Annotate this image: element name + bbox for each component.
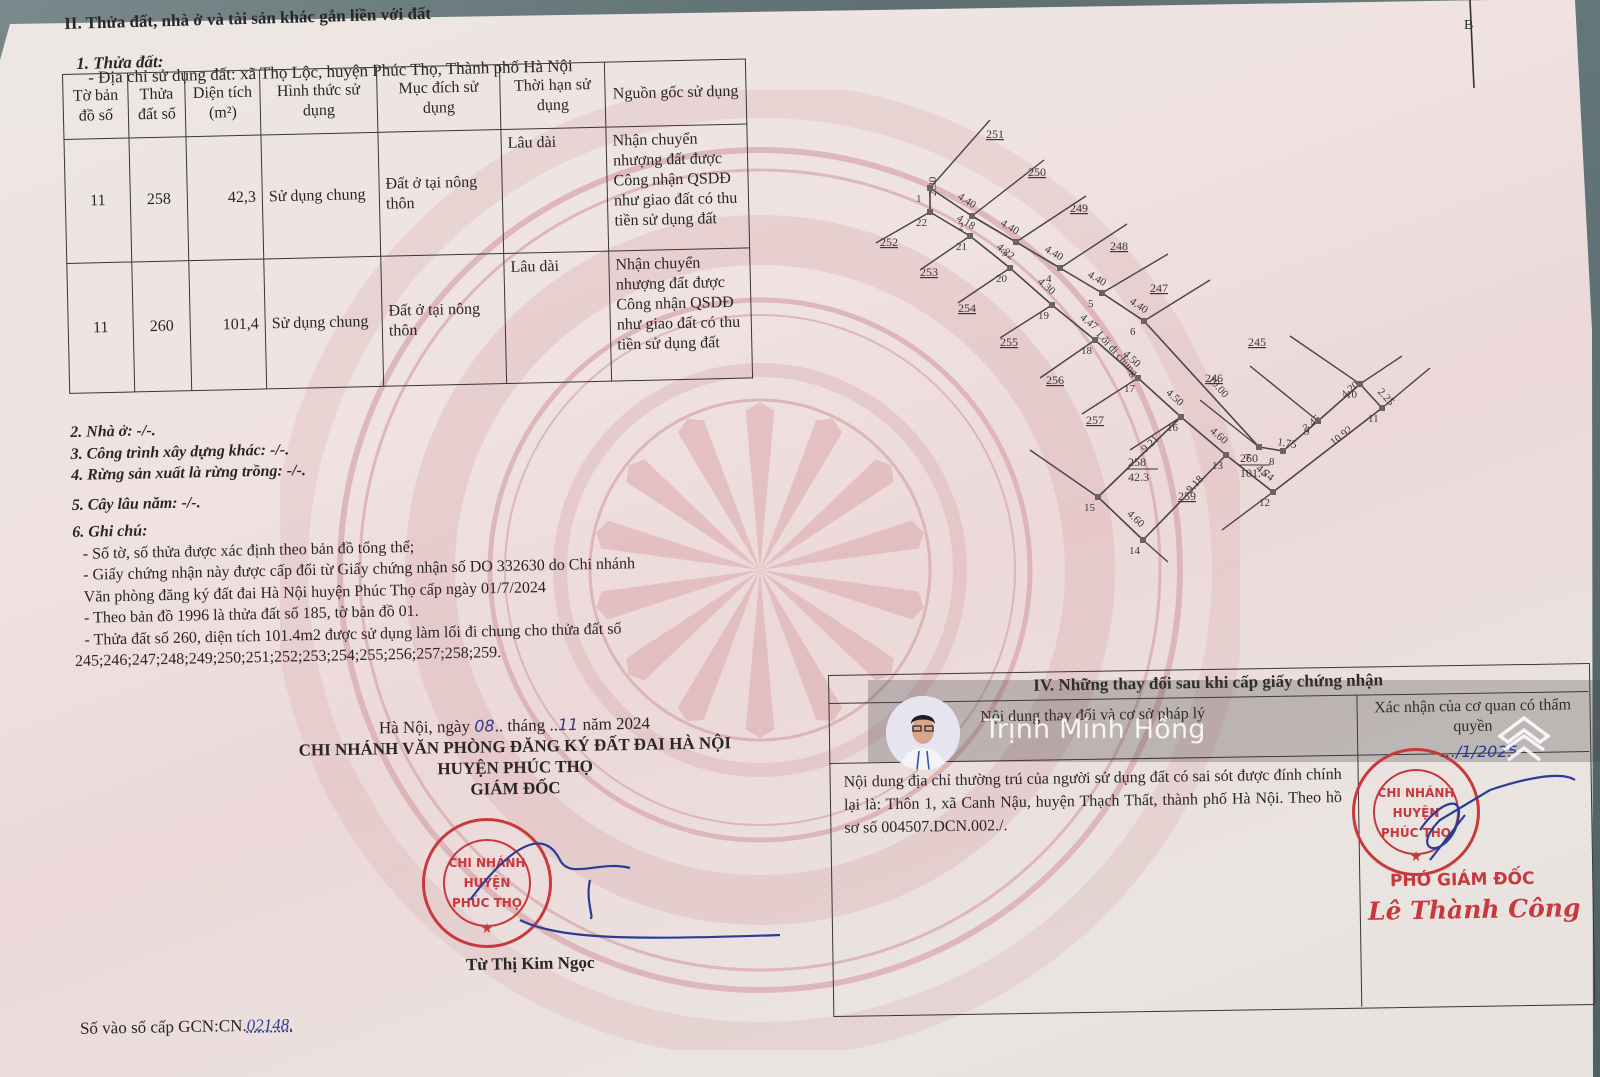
header-map-sheet: Tờ bản đồ số bbox=[63, 73, 129, 139]
issue-month: 11 bbox=[558, 715, 579, 734]
cell-purpose: Đất ở tại nông thôn bbox=[381, 254, 507, 387]
signature-block: Hà Nội, ngày 08.. tháng ..11 năm 2024 CH… bbox=[269, 712, 760, 804]
issue-day: 08 bbox=[474, 716, 495, 735]
official-stamp-icon: CHI NHÁNH HUYỆN PHÚC THỌ ★ bbox=[422, 818, 552, 948]
cell-map-sheet: 11 bbox=[64, 138, 132, 263]
cell-map-sheet: 11 bbox=[67, 262, 135, 393]
cell-origin: Nhận chuyển nhượng đất được Công nhận QS… bbox=[606, 124, 750, 251]
header-area: Diện tích (m²) bbox=[184, 70, 260, 137]
cell-usage-form: Sử dụng chung bbox=[264, 256, 384, 389]
agent-name-overlay: Trịnh Minh Hồng bbox=[984, 714, 1206, 745]
header-term: Thời hạn sử dụng bbox=[499, 62, 605, 129]
property-notes: 2. Nhà ở: -/-. 3. Công trình xây dựng kh… bbox=[70, 410, 637, 672]
header-origin: Nguồn gốc sử dụng bbox=[604, 59, 746, 127]
header-usage-form: Hình thức sử dụng bbox=[259, 67, 377, 135]
registry-number: Số vào sổ cấp GCN:CN.02148. bbox=[80, 1015, 294, 1039]
signer-name: Từ Thị Kim Ngọc bbox=[466, 953, 595, 975]
cell-origin: Nhận chuyển nhượng đất được Công nhận QS… bbox=[609, 248, 753, 381]
agent-avatar[interactable] bbox=[886, 696, 960, 770]
table-row: 11 260 101,4 Sử dụng chung Đất ở tại nôn… bbox=[67, 248, 753, 393]
registry-handwritten-number: 02148. bbox=[247, 1015, 294, 1035]
confirm-signer: Lê Thành Công bbox=[1368, 893, 1581, 926]
cell-term: Lâu dài bbox=[504, 251, 612, 383]
changes-content: Nội dung địa chỉ thường trú của người sử… bbox=[844, 763, 1343, 840]
header-parcel-no: Thửa đất số bbox=[127, 72, 185, 138]
parcel-table: Tờ bản đồ số Thửa đất số Diện tích (m²) … bbox=[62, 58, 753, 393]
cell-parcel-no: 258 bbox=[129, 137, 189, 262]
person-icon bbox=[886, 696, 960, 770]
brand-logo-icon bbox=[1496, 714, 1552, 766]
north-arrow-label: B bbox=[1464, 18, 1473, 34]
table-row: 11 258 42,3 Sử dụng chung Đất ở tại nông… bbox=[64, 124, 750, 263]
cell-area: 101,4 bbox=[189, 259, 267, 391]
confirm-role: PHÓ GIÁM ĐỐC bbox=[1390, 869, 1535, 892]
confirm-stamp-icon: CHI NHÁNH HUYỆN PHÚC THỌ ★ bbox=[1352, 748, 1480, 876]
cell-parcel-no: 260 bbox=[132, 261, 192, 392]
cell-usage-form: Sử dụng chung bbox=[261, 132, 381, 259]
cell-purpose: Đất ở tại nông thôn bbox=[378, 130, 504, 257]
cell-term: Lâu dài bbox=[501, 127, 609, 253]
cell-area: 42,3 bbox=[186, 135, 264, 261]
header-purpose: Mục đích sử dụng bbox=[376, 65, 500, 133]
